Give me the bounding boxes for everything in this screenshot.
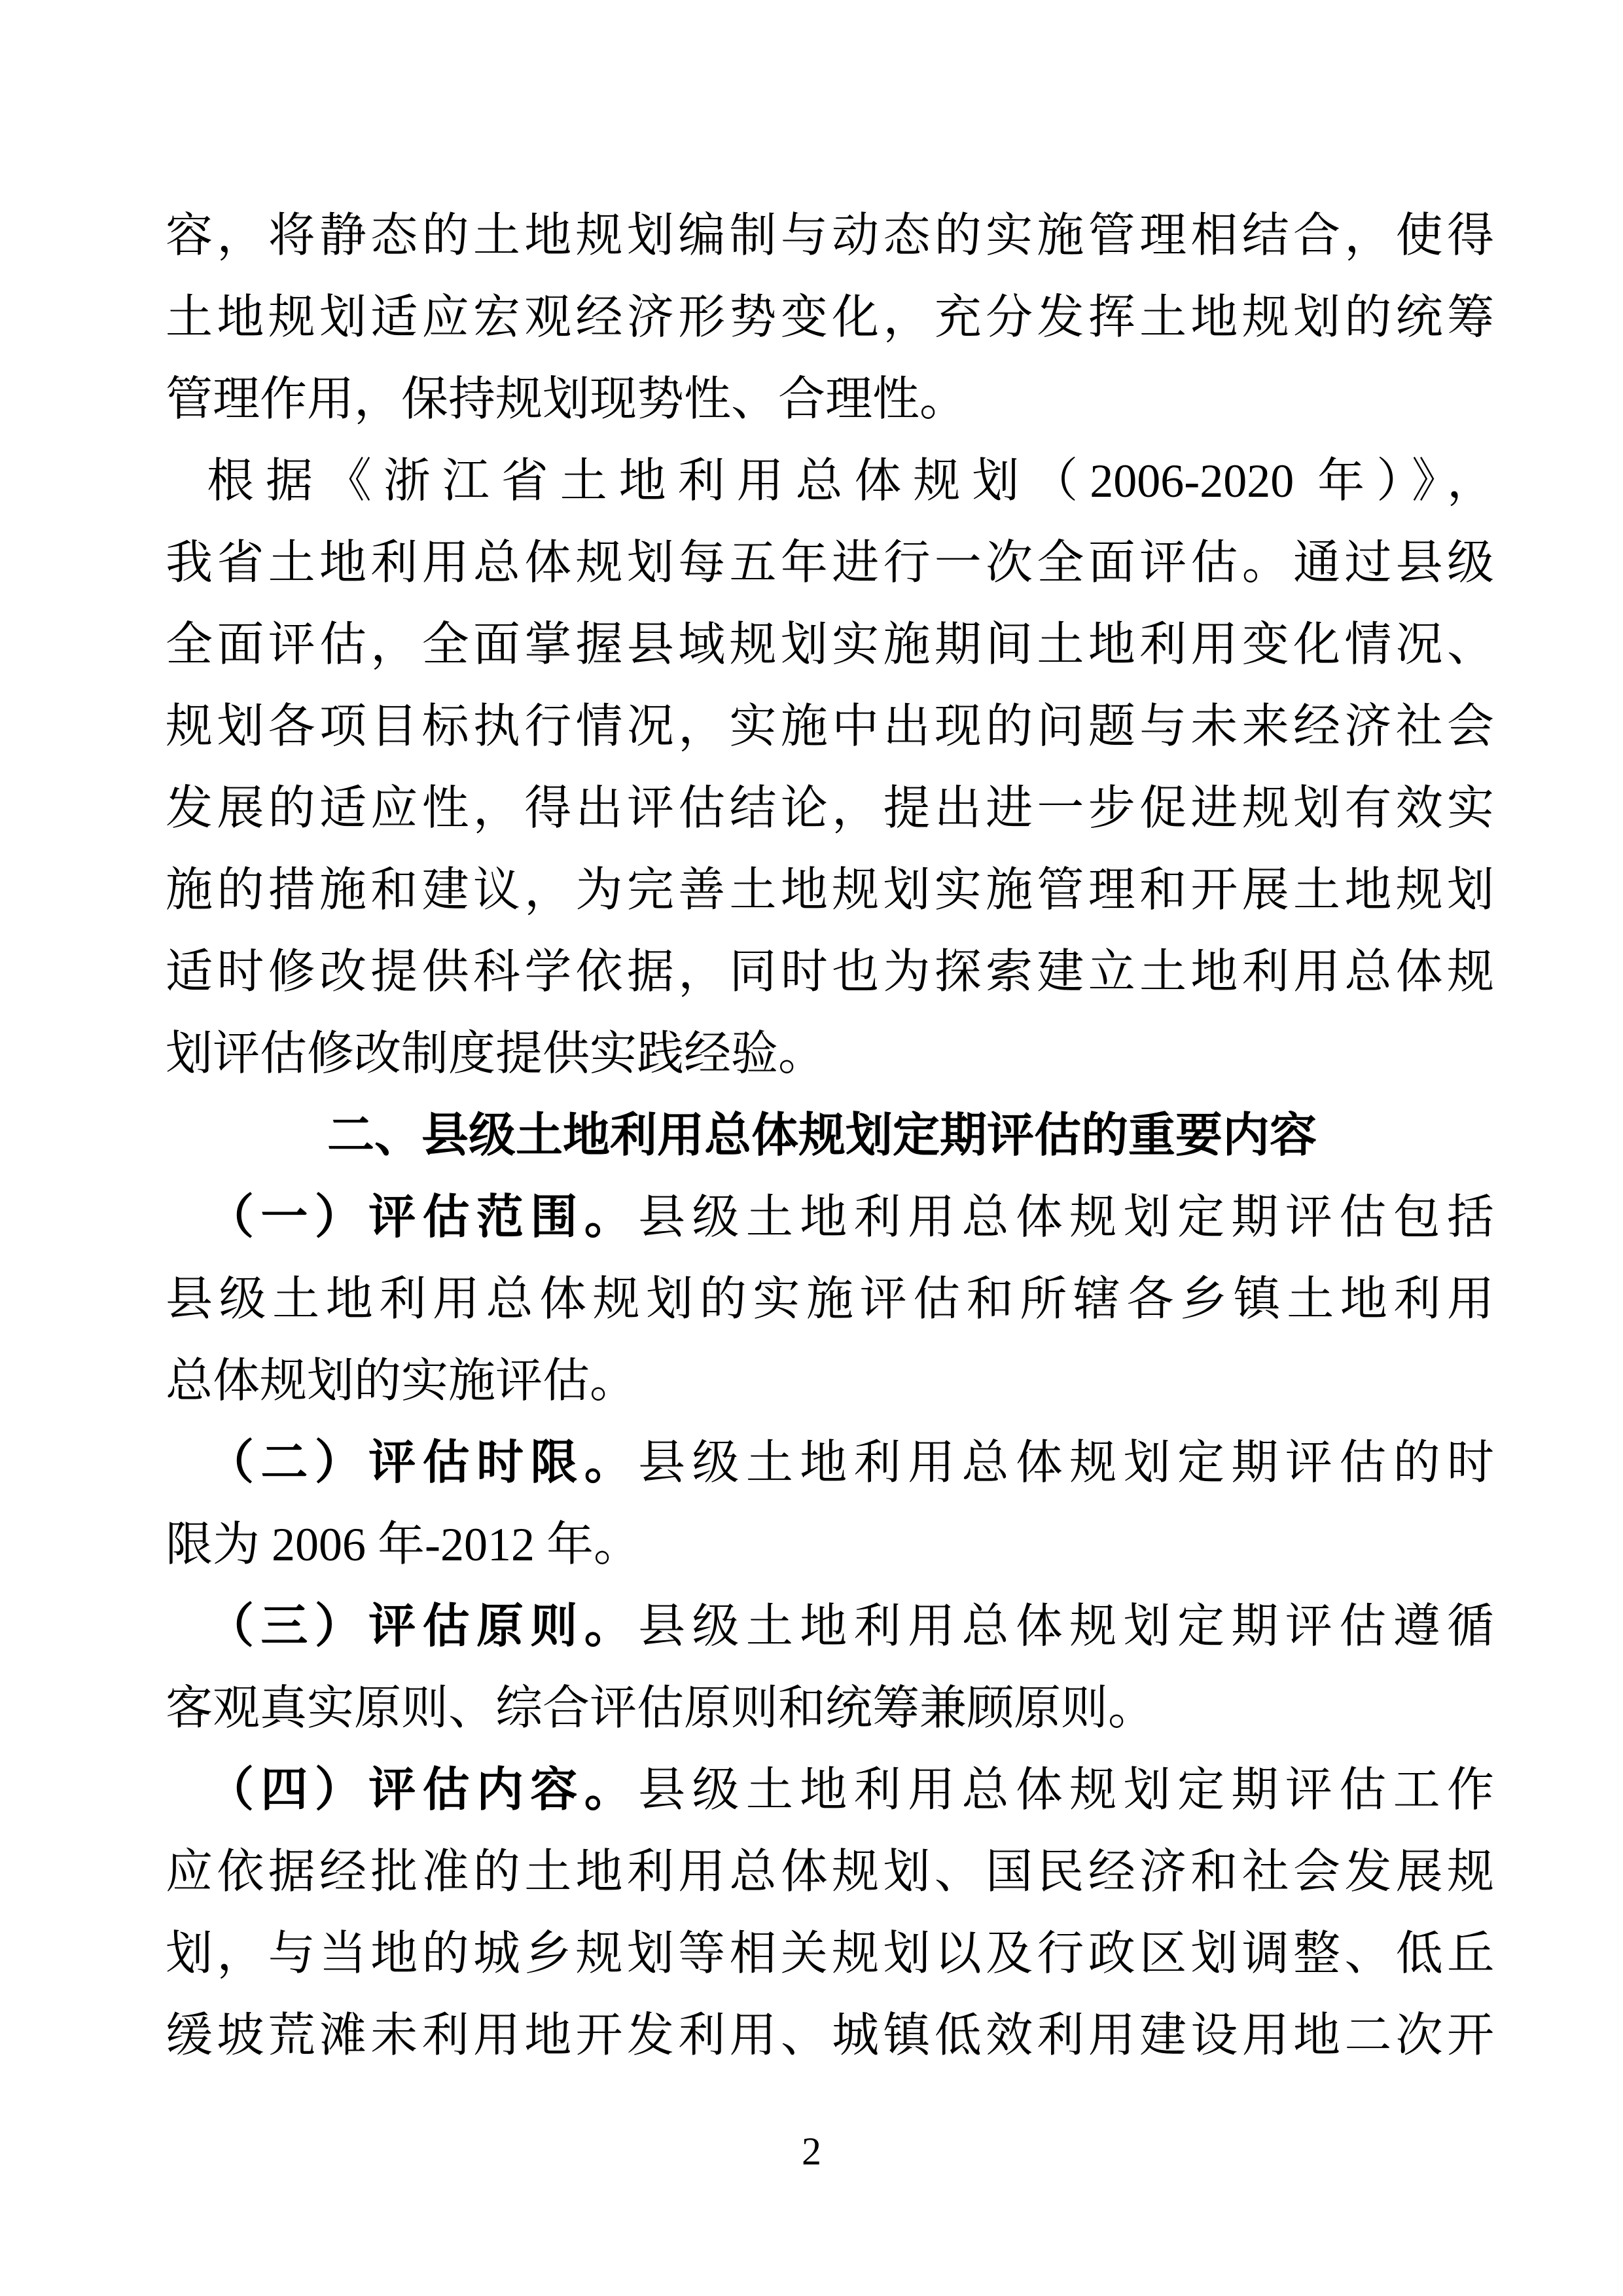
text-line: （一）评估范围。县级土地利用总体规划定期评估包括: [166, 1177, 1494, 1259]
text-line: 总体规划的实施评估。: [166, 1340, 1494, 1422]
text-segment: 缓坡荒滩未利用地开发利用、城镇低效利用建设用地二次开: [166, 2009, 1494, 2062]
text-segment: 我省土地利用总体规划每五年进行一次全面评估。通过县级: [166, 537, 1494, 589]
text-line: （二）评估时限。县级土地利用总体规划定期评估的时: [166, 1422, 1494, 1504]
text-segment: 适时修改提供科学依据，同时也为探索建立土地利用总体规: [166, 946, 1494, 998]
text-line: （四）评估内容。县级土地利用总体规划定期评估工作: [166, 1749, 1494, 1831]
text-segment: （四）评估内容。: [207, 1764, 638, 1816]
text-segment: （二）评估时限。: [207, 1437, 638, 1489]
text-line: 管理作用，保持规划现势性、合理性。: [166, 359, 1494, 440]
text-segment: （三）评估原则。: [207, 1600, 638, 1653]
text-line: 施的措施和建议，为完善土地规划实施管理和开展土地规划: [166, 850, 1494, 931]
text-line: 县级土地利用总体规划的实施评估和所辖各乡镇土地利用: [166, 1259, 1494, 1340]
text-segment: 划，与当地的城乡规划等相关规划以及行政区划调整、低丘: [166, 1928, 1494, 1980]
text-line: 限为 2006 年-2012 年。: [166, 1504, 1494, 1586]
text-line: 划评估修改制度提供实践经验。: [166, 1013, 1494, 1095]
text-segment: 应依据经批准的土地利用总体规划、国民经济和社会发展规: [166, 1846, 1494, 1898]
text-segment: 县级土地利用总体规划定期评估包括: [638, 1191, 1494, 1244]
text-line: 划，与当地的城乡规划等相关规划以及行政区划调整、低丘: [166, 1913, 1494, 1995]
text-segment: （一）评估范围。: [207, 1191, 638, 1244]
text-line: 规划各项目标执行情况，实施中出现的问题与未来经济社会: [166, 686, 1494, 768]
text-segment: 发展的适应性，得出评估结论，提出进一步促进规划有效实: [166, 782, 1494, 834]
text-segment: 施的措施和建议，为完善土地规划实施管理和开展土地规划: [166, 864, 1494, 916]
document-body: 容，将静态的土地规划编制与动态的实施管理相结合，使得土地规划适应宏观经济形势变化…: [166, 195, 1494, 2077]
text-line: 容，将静态的土地规划编制与动态的实施管理相结合，使得: [166, 195, 1494, 277]
text-line: 客观真实原则、综合评估原则和统筹兼顾原则。: [166, 1668, 1494, 1749]
text-segment: 县级土地利用总体规划的实施评估和所辖各乡镇土地利用: [166, 1273, 1494, 1325]
text-segment: 客观真实原则、综合评估原则和统筹兼顾原则。: [166, 1682, 1155, 1734]
text-line: 应依据经批准的土地利用总体规划、国民经济和社会发展规: [166, 1831, 1494, 1913]
text-segment: 根据《浙江省土地利用总体规划（2006-2020 年）》，: [207, 455, 1494, 507]
text-segment: 全面评估，全面掌握县域规划实施期间土地利用变化情况、: [166, 619, 1494, 671]
page-number: 2: [0, 2128, 1623, 2174]
text-line: 缓坡荒滩未利用地开发利用、城镇低效利用建设用地二次开: [166, 1995, 1494, 2077]
text-segment: 县级土地利用总体规划定期评估工作: [638, 1764, 1494, 1816]
text-line: 发展的适应性，得出评估结论，提出进一步促进规划有效实: [166, 768, 1494, 850]
text-segment: 县级土地利用总体规划定期评估遵循: [638, 1600, 1494, 1653]
text-line: 土地规划适应宏观经济形势变化，充分发挥土地规划的统筹: [166, 277, 1494, 359]
text-segment: 管理作用，保持规划现势性、合理性。: [166, 373, 967, 425]
document-page: 容，将静态的土地规划编制与动态的实施管理相结合，使得土地规划适应宏观经济形势变化…: [0, 0, 1623, 2296]
text-segment: 容，将静态的土地规划编制与动态的实施管理相结合，使得: [166, 209, 1494, 262]
text-segment: 县级土地利用总体规划定期评估的时: [638, 1437, 1494, 1489]
text-segment: 土地规划适应宏观经济形势变化，充分发挥土地规划的统筹: [166, 291, 1494, 344]
text-line: 二、县级土地利用总体规划定期评估的重要内容: [166, 1095, 1494, 1177]
text-line: （三）评估原则。县级土地利用总体规划定期评估遵循: [166, 1586, 1494, 1668]
text-segment: 限为 2006 年-2012 年。: [166, 1518, 641, 1571]
text-line: 根据《浙江省土地利用总体规划（2006-2020 年）》，: [166, 440, 1494, 522]
text-segment: 二、县级土地利用总体规划定期评估的重要内容: [327, 1109, 1317, 1162]
text-line: 全面评估，全面掌握县域规划实施期间土地利用变化情况、: [166, 604, 1494, 686]
text-segment: 总体规划的实施评估。: [166, 1355, 637, 1407]
text-line: 适时修改提供科学依据，同时也为探索建立土地利用总体规: [166, 931, 1494, 1013]
text-segment: 规划各项目标执行情况，实施中出现的问题与未来经济社会: [166, 700, 1494, 753]
text-segment: 划评估修改制度提供实践经验。: [166, 1028, 825, 1080]
text-line: 我省土地利用总体规划每五年进行一次全面评估。通过县级: [166, 522, 1494, 604]
